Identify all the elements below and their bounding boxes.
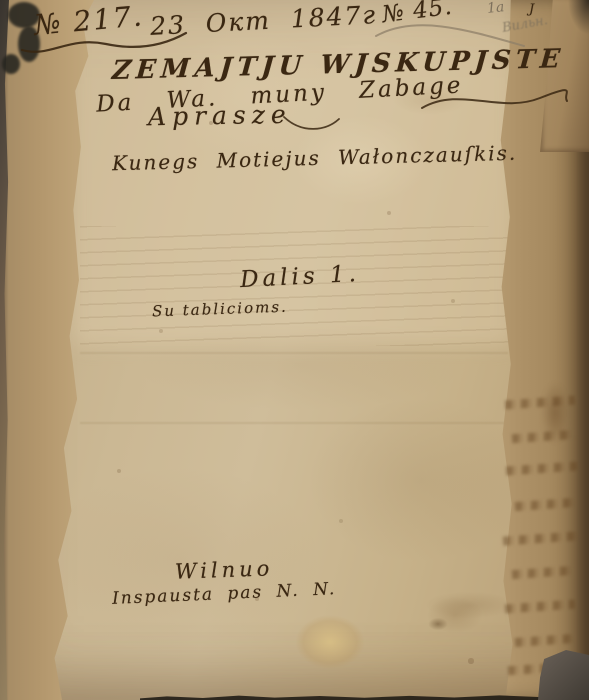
ink-bleedthrough (505, 600, 575, 614)
corner-shadow (566, 0, 589, 60)
imprint-printer: Inspausta pas N. N. (112, 579, 337, 609)
ink-bleedthrough (505, 396, 575, 410)
crease-line (80, 422, 508, 424)
dark-corner-patch (538, 650, 589, 700)
ink-bleedthrough (503, 531, 578, 545)
pencil-folio-mark: 1a (486, 0, 505, 17)
left-binding-strip (0, 0, 94, 700)
part-number: Dalis 1. (239, 261, 360, 293)
ink-bleedthrough (512, 566, 574, 579)
crease-line (80, 352, 508, 354)
registry-date: 23 Окт 1847г (149, 0, 377, 41)
ink-bleedthrough (512, 430, 576, 443)
dark-bottom-edge (140, 692, 589, 700)
tables-note: Su tablicioms. (152, 298, 288, 321)
ink-bleedthrough (541, 382, 569, 444)
ink-specks (0, 0, 2, 2)
author-line: Kunegs Motiejus Wałonczauſkis. (112, 141, 518, 176)
left-dark-edge (0, 0, 9, 700)
ink-bleedthrough (508, 662, 572, 675)
imprint-place: Wilnuo (175, 556, 274, 583)
ink-bleedthrough (515, 498, 575, 511)
ink-bleedthrough (506, 461, 578, 475)
manuscript-cover-page: № 217. 23 Окт 1847г № 45. 1a J Вильн. ZE… (0, 0, 589, 700)
ink-bleedthrough (515, 634, 573, 647)
left-black-patch (2, 54, 20, 74)
subtitle-aprasze: Aprasze (148, 100, 292, 132)
